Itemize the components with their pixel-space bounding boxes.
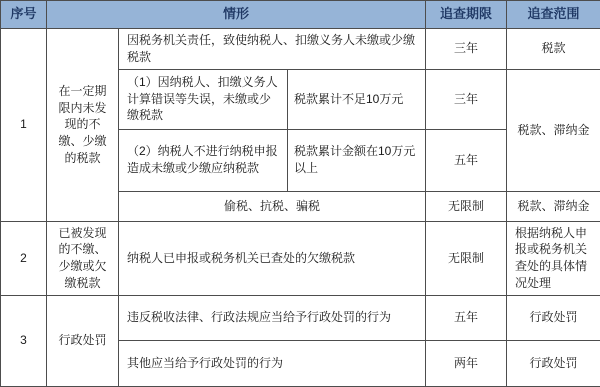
row3-no: 3 <box>1 295 47 386</box>
row1a-scope: 税款 <box>507 29 600 70</box>
row3a-situation: 违反税收法律、行政法规应当给予行政处罚的行为 <box>119 295 426 340</box>
row2-category: 已被发现的不缴、少缴或欠缴税款 <box>47 221 119 295</box>
header-situation: 情形 <box>47 1 426 29</box>
row1b-situation: （1）因纳税人、扣缴义务人计算错误等失误，未缴或少缴税款 <box>119 69 288 129</box>
row1d-situation: 偷税、抗税、骗税 <box>119 191 426 221</box>
table-row: 2 已被发现的不缴、少缴或欠缴税款 纳税人已申报或税务机关已查处的欠缴税款 无限… <box>1 221 600 295</box>
header-period: 追查期限 <box>426 1 507 29</box>
page: 序号 情形 追查期限 追查范围 1 在一定期限内未发现的不缴、少缴的税款 因税务… <box>0 0 600 376</box>
row1b-period: 三年 <box>426 69 507 129</box>
row2-scope: 根据纳税人申报或税务机关查处的具体情况处理 <box>507 221 600 295</box>
row2-no: 2 <box>1 221 47 295</box>
row3b-period: 两年 <box>426 340 507 386</box>
row1d-period: 无限制 <box>426 191 507 221</box>
row1-category: 在一定期限内未发现的不缴、少缴的税款 <box>47 29 119 222</box>
row2-period: 无限制 <box>426 221 507 295</box>
row1-no: 1 <box>1 29 47 222</box>
table-row: 3 行政处罚 违反税收法律、行政法规应当给予行政处罚的行为 五年 行政处罚 <box>1 295 600 340</box>
row2-situation: 纳税人已申报或税务机关已查处的欠缴税款 <box>119 221 426 295</box>
row1bc-scope: 税款、滞纳金 <box>507 69 600 191</box>
header-no: 序号 <box>1 1 47 29</box>
row1d-scope: 税款、滞纳金 <box>507 191 600 221</box>
row3b-scope: 行政处罚 <box>507 340 600 386</box>
row1c-period: 五年 <box>426 129 507 191</box>
header-scope: 追查范围 <box>507 1 600 29</box>
row1c-situation: （2）纳税人不进行纳税申报造成未缴或少缴应纳税款 <box>119 129 288 191</box>
header-row: 序号 情形 追查期限 追查范围 <box>1 1 600 29</box>
row1b-amount: 税款累计不足10万元 <box>288 69 426 129</box>
row3a-scope: 行政处罚 <box>507 295 600 340</box>
row3a-period: 五年 <box>426 295 507 340</box>
row3-category: 行政处罚 <box>47 295 119 386</box>
row1a-situation: 因税务机关责任，致使纳税人、扣缴义务人未缴或少缴税款 <box>119 29 426 70</box>
tax-recovery-table: 序号 情形 追查期限 追查范围 1 在一定期限内未发现的不缴、少缴的税款 因税务… <box>0 0 600 387</box>
row1a-period: 三年 <box>426 29 507 70</box>
row1c-amount: 税款累计金额在10万元以上 <box>288 129 426 191</box>
row3b-situation: 其他应当给予行政处罚的行为 <box>119 340 426 386</box>
table-row: 1 在一定期限内未发现的不缴、少缴的税款 因税务机关责任，致使纳税人、扣缴义务人… <box>1 29 600 70</box>
